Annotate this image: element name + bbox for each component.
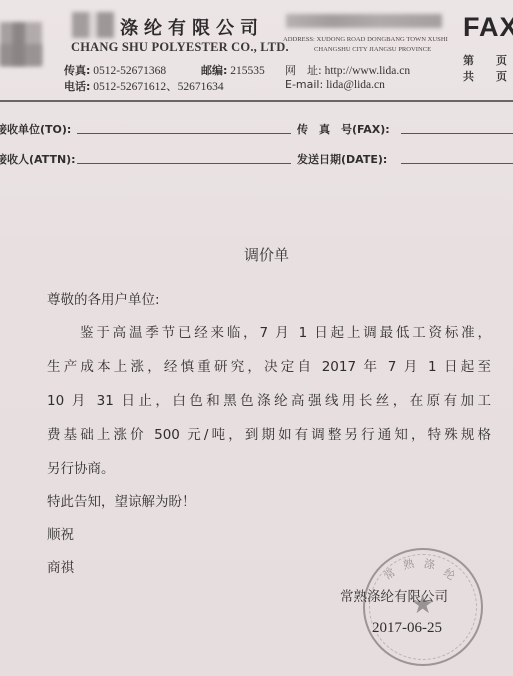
phone-label: 电话: [64,80,90,93]
website-label: 网 址: [285,64,322,77]
website-contact: 网 址: http://www.lida.cn [285,62,410,78]
header-divider [0,100,513,102]
website-value[interactable]: http://www.lida.cn [325,65,411,77]
phone-value: 0512-52671612、52671634 [93,81,223,93]
page-total-label: 共 页 [463,68,507,84]
date-field-label: 发送日期(DATE): [297,151,387,167]
attn-field-label: 接收人(ATTN): [0,151,76,167]
notice-line: 特此告知，望谅解为盼！ [47,490,196,510]
postcode-label: 邮编: [201,64,227,77]
closing-line-2: 商祺 [47,556,74,576]
paragraph-line-3: 10 月 31 日止，白色和黑色涤纶高强线用长丝，在原有加工 [47,389,491,409]
fax-title: FAX [463,12,513,43]
signature-company: 常熟涤纶有限公司 [340,585,448,605]
paragraph-line-2: 生产成本上涨，经慎重研究，决定自 2017 年 7 月 1 日起至 [47,355,491,375]
fax-document-page: 涤纶有限公司 CHANG SHU POLYESTER CO., LTD. 传真:… [0,0,513,676]
email-value[interactable]: lida@lida.cn [326,79,385,91]
fax-contact-label: 传真: [64,64,90,77]
redacted-company-prefix [72,12,114,38]
phone-contact: 电话: 0512-52671612、52671634 [64,78,224,94]
fax-contact-value: 0512-52671368 [93,65,166,77]
postcode-value: 215535 [230,65,265,77]
paragraph-line-1: 鉴于高温季节已经来临，7 月 1 日起上调最低工资标准， [80,321,491,341]
to-field-input[interactable] [77,133,291,134]
email-contact: E-mail: lida@lida.cn [285,78,385,91]
date-field-input[interactable] [401,163,513,164]
postcode-contact: 邮编: 215535 [201,62,265,78]
fax-number-input[interactable] [401,133,513,134]
paragraph-line-4: 费基础上涨价 500 元/吨，到期如有调整另行通知，特殊规格 [47,423,491,443]
salutation: 尊敬的各用户单位: [47,288,160,308]
address-line-2: CHANGSHU CITY JIANGSU PROVINCE [314,46,431,53]
fax-contact: 传真: 0512-52671368 [64,62,166,78]
redacted-address-cn [286,14,442,28]
closing-line-1: 顺祝 [47,523,74,543]
paragraph-line-5: 另行协商。 [47,457,115,477]
page-number-label: 第 页 [463,52,507,68]
company-name-cn: 涤纶有限公司 [120,14,264,40]
company-name-en: CHANG SHU POLYESTER CO., LTD. [71,40,289,55]
document-title: 调价单 [0,244,513,265]
to-field-label: 接收单位(TO): [0,121,71,137]
fax-number-label: 传 真 号(FAX): [297,121,390,137]
redacted-logo-block-lower [0,44,42,66]
email-label: E-mail: [285,78,323,91]
address-line-1: ADDRESS: XUDONG ROAD DONGBANG TOWN XUSHI [283,36,448,43]
attn-field-input[interactable] [77,163,291,164]
signature-date: 2017-06-25 [372,620,442,637]
